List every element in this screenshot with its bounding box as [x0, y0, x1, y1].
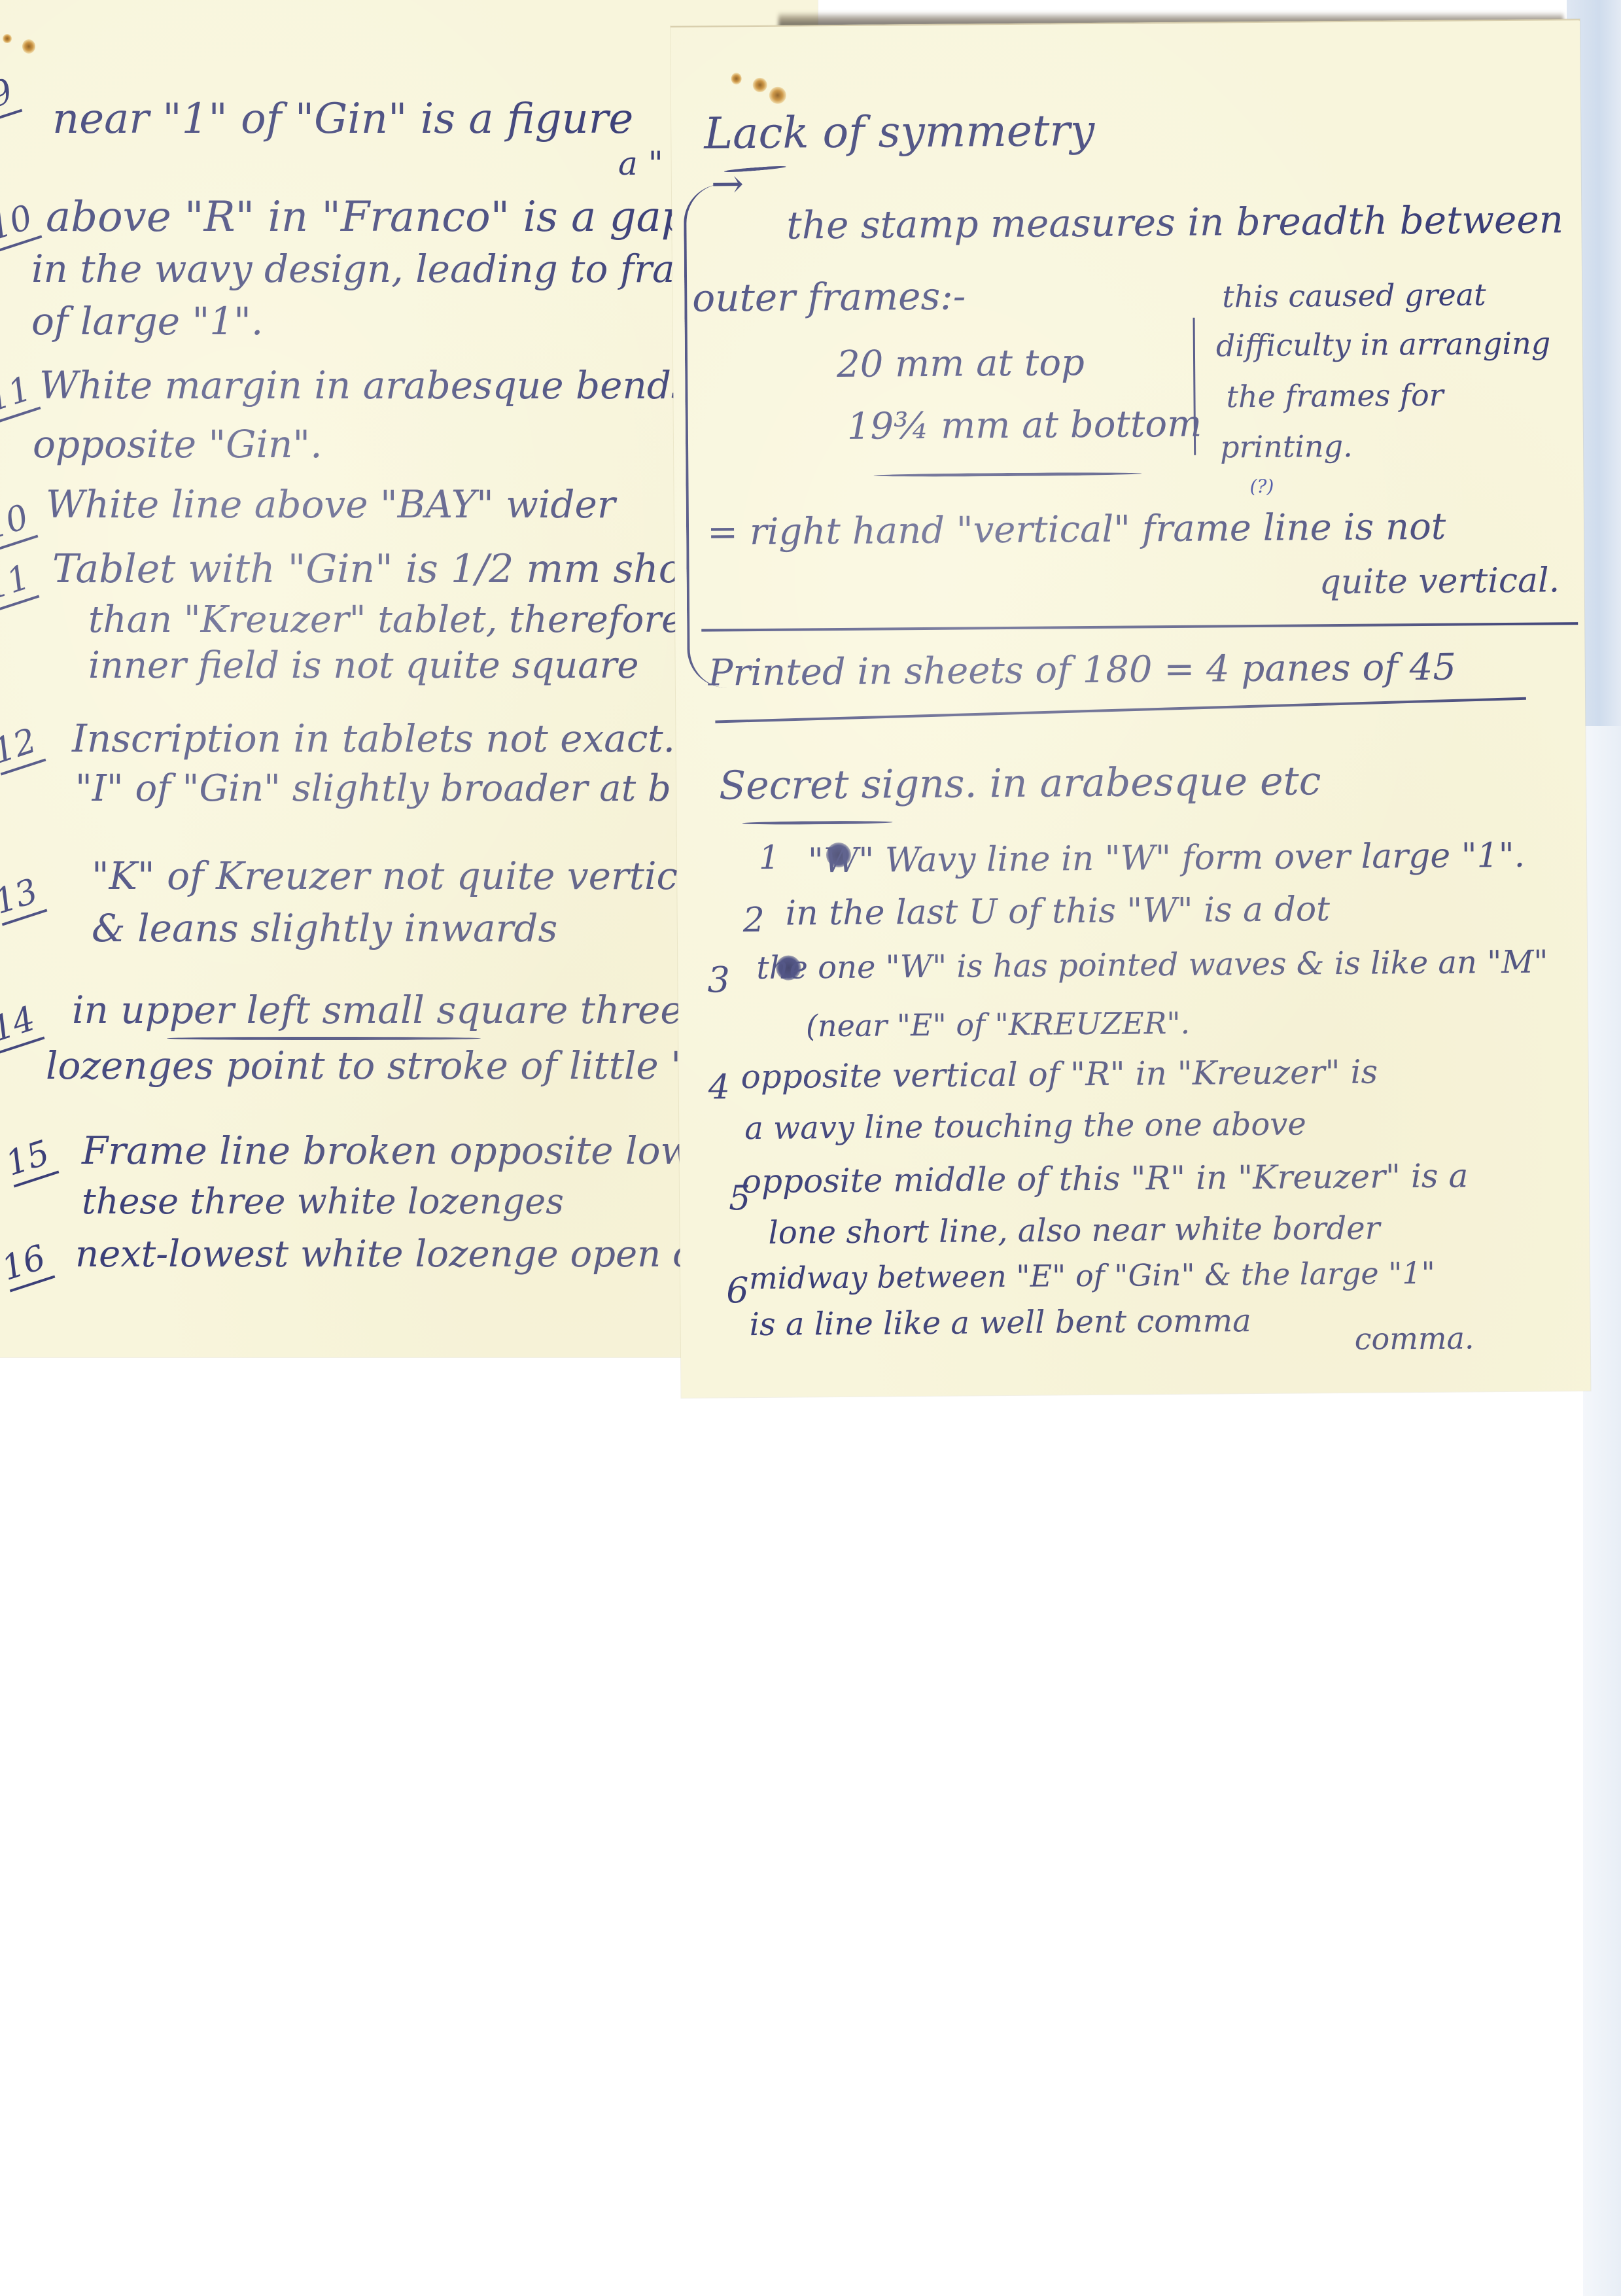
sign-line: comma.: [1355, 1323, 1474, 1353]
divider-line: [1193, 318, 1196, 455]
note-line: than "Kreuzer" tablet, therefore: [88, 602, 683, 638]
note-line: outer frames:-: [692, 277, 966, 317]
bracket-arrow-icon: [684, 184, 729, 687]
note-line: the stamp measures in breadth between: [786, 200, 1563, 244]
side-note-line: the frames for: [1226, 380, 1444, 412]
sign-number: 4: [708, 1070, 731, 1104]
item-number: 16: [0, 1236, 56, 1292]
note-line: Tablet with "Gin" is 1/2 mm shorter: [52, 549, 759, 589]
rust-stain-icon: [753, 78, 767, 92]
sign-line: opposite vertical of "R" in "Kreuzer" is: [741, 1056, 1378, 1094]
note-line: White line above "BAY" wider: [46, 485, 616, 523]
scanner-background-lower: [1583, 726, 1621, 2296]
note-line: inner field is not quite square: [88, 648, 639, 684]
sign-line: (near "E" of "KREUZER".: [806, 1008, 1190, 1041]
measurement-top: 20 mm at top: [837, 345, 1085, 383]
rust-stain-icon: [731, 73, 742, 84]
sign-line: in the last U of this "W" is a dot: [785, 892, 1330, 931]
sign-number: 3: [707, 962, 730, 998]
sign-line: "W" Wavy line in "W" form over large "1"…: [808, 839, 1525, 878]
heading-lack-of-symmetry: Lack of symmetry: [704, 109, 1095, 156]
heading-underline: [742, 820, 893, 825]
sign-number: 6: [726, 1273, 749, 1308]
measurement-bottom: 19¾ mm at bottom: [847, 406, 1202, 445]
note-line: near "1" of "Gin" is a figure: [52, 98, 633, 140]
sign-number: 2: [743, 903, 765, 937]
sign-line: opposite middle of this "R" in "Kreuzer"…: [742, 1159, 1469, 1198]
note-line: a ": [618, 147, 663, 180]
section-divider: [701, 622, 1578, 632]
note-line: = right hand "vertical" frame line is no…: [707, 509, 1446, 551]
heading-secret-signs: Secret signs. in arabesque etc: [719, 761, 1321, 805]
arrow-head-icon: →: [711, 164, 744, 203]
sign-line: midway between "E" of "Gin" & the large …: [749, 1258, 1435, 1293]
side-note-line: difficulty in arranging: [1216, 328, 1551, 360]
item-number: 11: [0, 556, 40, 612]
measure-underline: [873, 472, 1142, 477]
printing-note: Printed in sheets of 180 = 4 panes of 45: [708, 650, 1457, 692]
note-line: lozenges point to stroke of little "1".: [46, 1047, 742, 1085]
note-line: "I" of "Gin" slightly broader at b: [75, 771, 671, 807]
underline-upper-left-small-square: [167, 1037, 481, 1040]
item-number: 14: [0, 998, 45, 1053]
insert-mark: (?): [1249, 478, 1274, 496]
note-line: Inscription in tablets not exact.: [72, 720, 675, 757]
note-line: next-lowest white lozenge open outw: [75, 1236, 764, 1273]
side-note-line: printing.: [1220, 431, 1353, 462]
rust-stain-icon: [3, 34, 12, 43]
item-number: 12: [0, 720, 46, 775]
sign-line: lone short line, also near white border: [768, 1213, 1380, 1249]
note-line: above "R" in "Franco" is a gap in: [46, 196, 742, 238]
item-number: 13: [0, 870, 48, 926]
sign-line: the one "W" is has pointed waves & is li…: [756, 947, 1548, 984]
item-number: 11: [0, 368, 41, 423]
note-line: "K" of Kreuzer not quite vertical: [92, 857, 712, 895]
note-line: of large "1".: [31, 302, 263, 340]
item-number: 15: [1, 1132, 60, 1187]
note-line: & leans slightly inwards: [92, 909, 557, 947]
item-number: 9: [0, 71, 22, 120]
side-note-line: this caused great: [1222, 279, 1486, 311]
item-number: 10: [0, 496, 39, 551]
sign-line: is a line like a well bent comma: [749, 1305, 1251, 1340]
section-divider: [715, 697, 1526, 723]
note-line: these three white lozenges: [82, 1184, 564, 1219]
note-line: quite vertical.: [1319, 563, 1560, 599]
sign-number: 1: [759, 841, 780, 874]
rust-stain-icon: [769, 87, 786, 104]
rust-stain-icon: [22, 39, 35, 54]
note-line: opposite "Gin".: [33, 425, 322, 463]
item-number: 10: [0, 196, 43, 252]
right-sheet: Lack of symmetry → the stamp measures in…: [671, 19, 1590, 1398]
sign-line: a wavy line touching the one above: [744, 1108, 1306, 1144]
